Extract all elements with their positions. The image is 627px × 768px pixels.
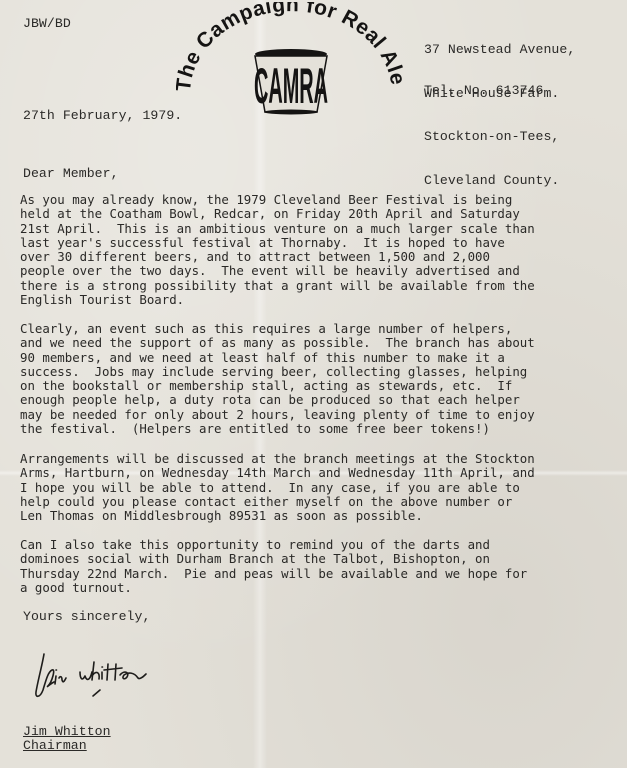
body-paragraph-social: Can I also take this opportunity to remi… (20, 538, 527, 595)
address-line: Cleveland County. (424, 174, 575, 189)
address-line: Stockton-on-Tees, (424, 130, 575, 145)
address-line: 37 Newstead Avenue, (424, 43, 575, 58)
sender-address: 37 Newstead Avenue, White House Farm. St… (424, 14, 575, 203)
handwritten-signature (30, 648, 170, 706)
camra-logo: The Campaign for Real Ale CAMRA (176, 2, 406, 120)
reference-code: JBW/BD (23, 17, 71, 32)
letter-date: 27th February, 1979. (23, 109, 182, 124)
closing: Yours sincerely, (23, 610, 150, 625)
salutation: Dear Member, (23, 167, 119, 182)
logo-wordmark: CAMRA (254, 58, 328, 114)
body-paragraph-meetings: Arrangements will be discussed at the br… (20, 452, 535, 523)
body-paragraph-helpers: Clearly, an event such as this requires … (20, 322, 535, 436)
signatory-title: Chairman (23, 739, 87, 754)
body-paragraph-festival: As you may already know, the 1979 Clevel… (20, 193, 535, 307)
telephone-number: Tel. No. 613746 (424, 84, 543, 99)
